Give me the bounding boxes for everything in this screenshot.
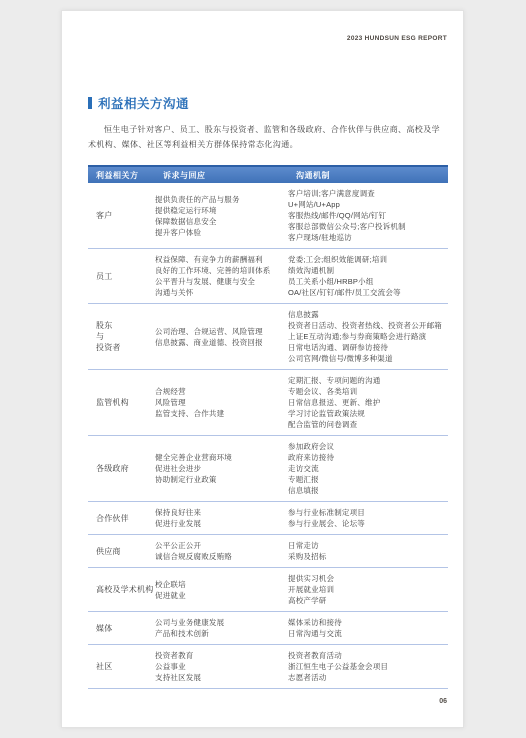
section-title-row: 利益相关方沟通 bbox=[88, 94, 447, 112]
cell-line: 高校及学术机构 bbox=[96, 584, 153, 595]
cell-line: 上证E互动沟通;参与券商策略会进行路演 bbox=[288, 331, 446, 342]
demands-cell: 合规经营风险管理监管支持、合作共建 bbox=[155, 370, 288, 436]
section-title: 利益相关方沟通 bbox=[98, 94, 189, 112]
stakeholder-table-header: 利益相关方 诉求与回应 沟通机制 bbox=[88, 166, 448, 183]
stakeholder-cell: 合作伙伴 bbox=[88, 502, 155, 535]
cell-line: 提供负责任的产品与服务 bbox=[155, 194, 286, 205]
mechanisms-cell: 投资者教育活动浙江恒生电子公益基金会项目志愿者活动 bbox=[288, 645, 448, 689]
cell-line: 采购及招标 bbox=[288, 551, 446, 562]
demands-cell: 公司治理、合规运营、风险管理信息披露、商业道德、投资回报 bbox=[155, 304, 288, 370]
cell-line: 社区 bbox=[96, 661, 153, 672]
cell-line: 合规经营 bbox=[155, 386, 286, 397]
mechanisms-cell: 媒体采访和接待日常沟通与交流 bbox=[288, 612, 448, 645]
mechanisms-cell: 定期汇报、专项问题的沟通专题会议、各类培训日常信息报送、更新、维护学习讨论监管政… bbox=[288, 370, 448, 436]
cell-line: 客服总部微信公众号;客户投诉机制 bbox=[288, 221, 446, 232]
cell-line: OA/社区/钉钉/邮件/员工交流会等 bbox=[288, 287, 446, 298]
cell-line: 促进行业发展 bbox=[155, 518, 286, 529]
cell-line: 保持良好往来 bbox=[155, 507, 286, 518]
cell-line: 供应商 bbox=[96, 546, 153, 557]
cell-line: 客服热线/邮件/QQ/网站/钉钉 bbox=[288, 210, 446, 221]
cell-line: 诚信合规反腐败反贿赂 bbox=[155, 551, 286, 562]
cell-line: 沟通与关怀 bbox=[155, 287, 286, 298]
page-number: 06 bbox=[439, 698, 447, 705]
cell-line: 配合监管的问卷调查 bbox=[288, 419, 446, 430]
table-row: 监管机构 合规经营风险管理监管支持、合作共建 定期汇报、专项问题的沟通专题会议、… bbox=[88, 370, 448, 436]
cell-line: 公司官网/微信号/微博多种渠道 bbox=[288, 353, 446, 364]
mechanisms-cell: 提供实习机会开展就业培训高校产学研 bbox=[288, 568, 448, 612]
stakeholder-table: 利益相关方 诉求与回应 沟通机制 客户 提供负责任的产品与服务提供稳定运行环境保… bbox=[88, 165, 448, 689]
cell-line: 校企联培 bbox=[155, 579, 286, 590]
stakeholder-cell: 高校及学术机构 bbox=[88, 568, 155, 612]
column-header-demands: 诉求与回应 bbox=[155, 166, 288, 183]
cell-line: 日常沟通与交流 bbox=[288, 628, 446, 639]
stakeholder-cell: 监管机构 bbox=[88, 370, 155, 436]
cell-line: 提供稳定运行环境 bbox=[155, 205, 286, 216]
cell-line: 员工 bbox=[96, 271, 153, 282]
demands-cell: 提供负责任的产品与服务提供稳定运行环境保障数据信息安全提升客户体验 bbox=[155, 183, 288, 249]
cell-line: 风险管理 bbox=[155, 397, 286, 408]
cell-line: 投资者教育 bbox=[155, 650, 286, 661]
stakeholder-cell: 客户 bbox=[88, 183, 155, 249]
cell-line: 促进社会进步 bbox=[155, 463, 286, 474]
stakeholder-cell: 股东与投资者 bbox=[88, 304, 155, 370]
cell-line: 党委;工会;组织效能调研;培训 bbox=[288, 254, 446, 265]
cell-line: 各级政府 bbox=[96, 463, 153, 474]
mechanisms-cell: 参与行业标准制定项目参与行业展会、论坛等 bbox=[288, 502, 448, 535]
cell-line: 员工关系小组/HRBP小组 bbox=[288, 276, 446, 287]
report-page: 2023 HUNDSUN ESG REPORT 利益相关方沟通 恒生电子针对客户… bbox=[61, 10, 464, 728]
cell-line: 良好的工作环境、完善的培训体系 bbox=[155, 265, 286, 276]
table-row: 媒体 公司与业务健康发展产品和技术创新 媒体采访和接待日常沟通与交流 bbox=[88, 612, 448, 645]
cell-line: 投资者教育活动 bbox=[288, 650, 446, 661]
cell-line: 客户 bbox=[96, 210, 153, 221]
cell-line: 保障数据信息安全 bbox=[155, 216, 286, 227]
cell-line: 提供实习机会 bbox=[288, 573, 446, 584]
cell-line: 参与行业展会、论坛等 bbox=[288, 518, 446, 529]
cell-line: 定期汇报、专项问题的沟通 bbox=[288, 375, 446, 386]
cell-line: 与 bbox=[96, 331, 153, 342]
cell-line: 信息披露 bbox=[288, 309, 446, 320]
cell-line: 公司治理、合规运营、风险管理 bbox=[155, 326, 286, 337]
cell-line: 浙江恒生电子公益基金会项目 bbox=[288, 661, 446, 672]
cell-line: 提升客户体验 bbox=[155, 227, 286, 238]
stakeholder-cell: 员工 bbox=[88, 249, 155, 304]
cell-line: 投资者日活动、投资者热线、投资者公开邮箱 bbox=[288, 320, 446, 331]
mechanisms-cell: 日常走访采购及招标 bbox=[288, 535, 448, 568]
cell-line: 权益保障、有竞争力的薪酬福利 bbox=[155, 254, 286, 265]
cell-line: 参与行业标准制定项目 bbox=[288, 507, 446, 518]
cell-line: 专题会议、各类培训 bbox=[288, 386, 446, 397]
cell-line: 健全完善企业营商环境 bbox=[155, 452, 286, 463]
cell-line: 专题汇报 bbox=[288, 474, 446, 485]
demands-cell: 权益保障、有竞争力的薪酬福利良好的工作环境、完善的培训体系公平晋升与发展、健康与… bbox=[155, 249, 288, 304]
table-row: 高校及学术机构 校企联培促进就业 提供实习机会开展就业培训高校产学研 bbox=[88, 568, 448, 612]
cell-line: 公司与业务健康发展 bbox=[155, 617, 286, 628]
cell-line: 促进就业 bbox=[155, 590, 286, 601]
table-row: 员工 权益保障、有竞争力的薪酬福利良好的工作环境、完善的培训体系公平晋升与发展、… bbox=[88, 249, 448, 304]
cell-line: 产品和技术创新 bbox=[155, 628, 286, 639]
stakeholder-cell: 媒体 bbox=[88, 612, 155, 645]
cell-line: 媒体采访和接待 bbox=[288, 617, 446, 628]
intro-paragraph: 恒生电子针对客户、员工、股东与投资者、监管和各级政府、合作伙伴与供应商、高校及学… bbox=[88, 122, 447, 152]
cell-line: 高校产学研 bbox=[288, 595, 446, 606]
cell-line: 日常信息报送、更新、维护 bbox=[288, 397, 446, 408]
cell-line: 志愿者活动 bbox=[288, 672, 446, 683]
cell-line: 投资者 bbox=[96, 342, 153, 353]
cell-line: 绩效沟通机制 bbox=[288, 265, 446, 276]
cell-line: 公益事业 bbox=[155, 661, 286, 672]
cell-line: 公平晋升与发展、健康与安全 bbox=[155, 276, 286, 287]
cell-line: U+网站/U+App bbox=[288, 199, 446, 210]
demands-cell: 校企联培促进就业 bbox=[155, 568, 288, 612]
table-row: 供应商 公平公正公开诚信合规反腐败反贿赂 日常走访采购及招标 bbox=[88, 535, 448, 568]
cell-line: 客户培训;客户满意度调查 bbox=[288, 188, 446, 199]
mechanisms-cell: 客户培训;客户满意度调查U+网站/U+App客服热线/邮件/QQ/网站/钉钉客服… bbox=[288, 183, 448, 249]
demands-cell: 投资者教育公益事业支持社区发展 bbox=[155, 645, 288, 689]
cell-line: 媒体 bbox=[96, 623, 153, 634]
cell-line: 监管机构 bbox=[96, 397, 153, 408]
table-row: 股东与投资者 公司治理、合规运营、风险管理信息披露、商业道德、投资回报 信息披露… bbox=[88, 304, 448, 370]
cell-line: 支持社区发展 bbox=[155, 672, 286, 683]
stakeholder-table-body: 客户 提供负责任的产品与服务提供稳定运行环境保障数据信息安全提升客户体验 客户培… bbox=[88, 183, 448, 689]
cell-line: 政府来访接待 bbox=[288, 452, 446, 463]
table-row: 客户 提供负责任的产品与服务提供稳定运行环境保障数据信息安全提升客户体验 客户培… bbox=[88, 183, 448, 249]
mechanisms-cell: 信息披露投资者日活动、投资者热线、投资者公开邮箱上证E互动沟通;参与券商策略会进… bbox=[288, 304, 448, 370]
cell-line: 开展就业培训 bbox=[288, 584, 446, 595]
demands-cell: 保持良好往来促进行业发展 bbox=[155, 502, 288, 535]
stakeholder-cell: 供应商 bbox=[88, 535, 155, 568]
cell-line: 走访交流 bbox=[288, 463, 446, 474]
cell-line: 学习讨论监管政策法规 bbox=[288, 408, 446, 419]
demands-cell: 健全完善企业营商环境促进社会进步协助制定行业政策 bbox=[155, 436, 288, 502]
mechanisms-cell: 参加政府会议政府来访接待走访交流专题汇报信息填报 bbox=[288, 436, 448, 502]
stakeholder-cell: 各级政府 bbox=[88, 436, 155, 502]
cell-line: 合作伙伴 bbox=[96, 513, 153, 524]
cell-line: 日常电话沟通、调研参访接待 bbox=[288, 342, 446, 353]
stakeholder-cell: 社区 bbox=[88, 645, 155, 689]
cell-line: 日常走访 bbox=[288, 540, 446, 551]
cell-line: 协助制定行业政策 bbox=[155, 474, 286, 485]
demands-cell: 公司与业务健康发展产品和技术创新 bbox=[155, 612, 288, 645]
cell-line: 参加政府会议 bbox=[288, 441, 446, 452]
column-header-stakeholder: 利益相关方 bbox=[88, 166, 155, 183]
cell-line: 客户现场/驻地巡访 bbox=[288, 232, 446, 243]
demands-cell: 公平公正公开诚信合规反腐败反贿赂 bbox=[155, 535, 288, 568]
cell-line: 信息披露、商业道德、投资回报 bbox=[155, 337, 286, 348]
report-header-text: 2023 HUNDSUN ESG REPORT bbox=[88, 35, 447, 42]
table-row: 各级政府 健全完善企业营商环境促进社会进步协助制定行业政策 参加政府会议政府来访… bbox=[88, 436, 448, 502]
mechanisms-cell: 党委;工会;组织效能调研;培训绩效沟通机制员工关系小组/HRBP小组OA/社区/… bbox=[288, 249, 448, 304]
table-row: 合作伙伴 保持良好往来促进行业发展 参与行业标准制定项目参与行业展会、论坛等 bbox=[88, 502, 448, 535]
table-row: 社区 投资者教育公益事业支持社区发展 投资者教育活动浙江恒生电子公益基金会项目志… bbox=[88, 645, 448, 689]
cell-line: 信息填报 bbox=[288, 485, 446, 496]
title-accent-bar bbox=[88, 97, 92, 109]
cell-line: 公平公正公开 bbox=[155, 540, 286, 551]
cell-line: 股东 bbox=[96, 320, 153, 331]
column-header-mechanisms: 沟通机制 bbox=[288, 166, 448, 183]
cell-line: 监管支持、合作共建 bbox=[155, 408, 286, 419]
